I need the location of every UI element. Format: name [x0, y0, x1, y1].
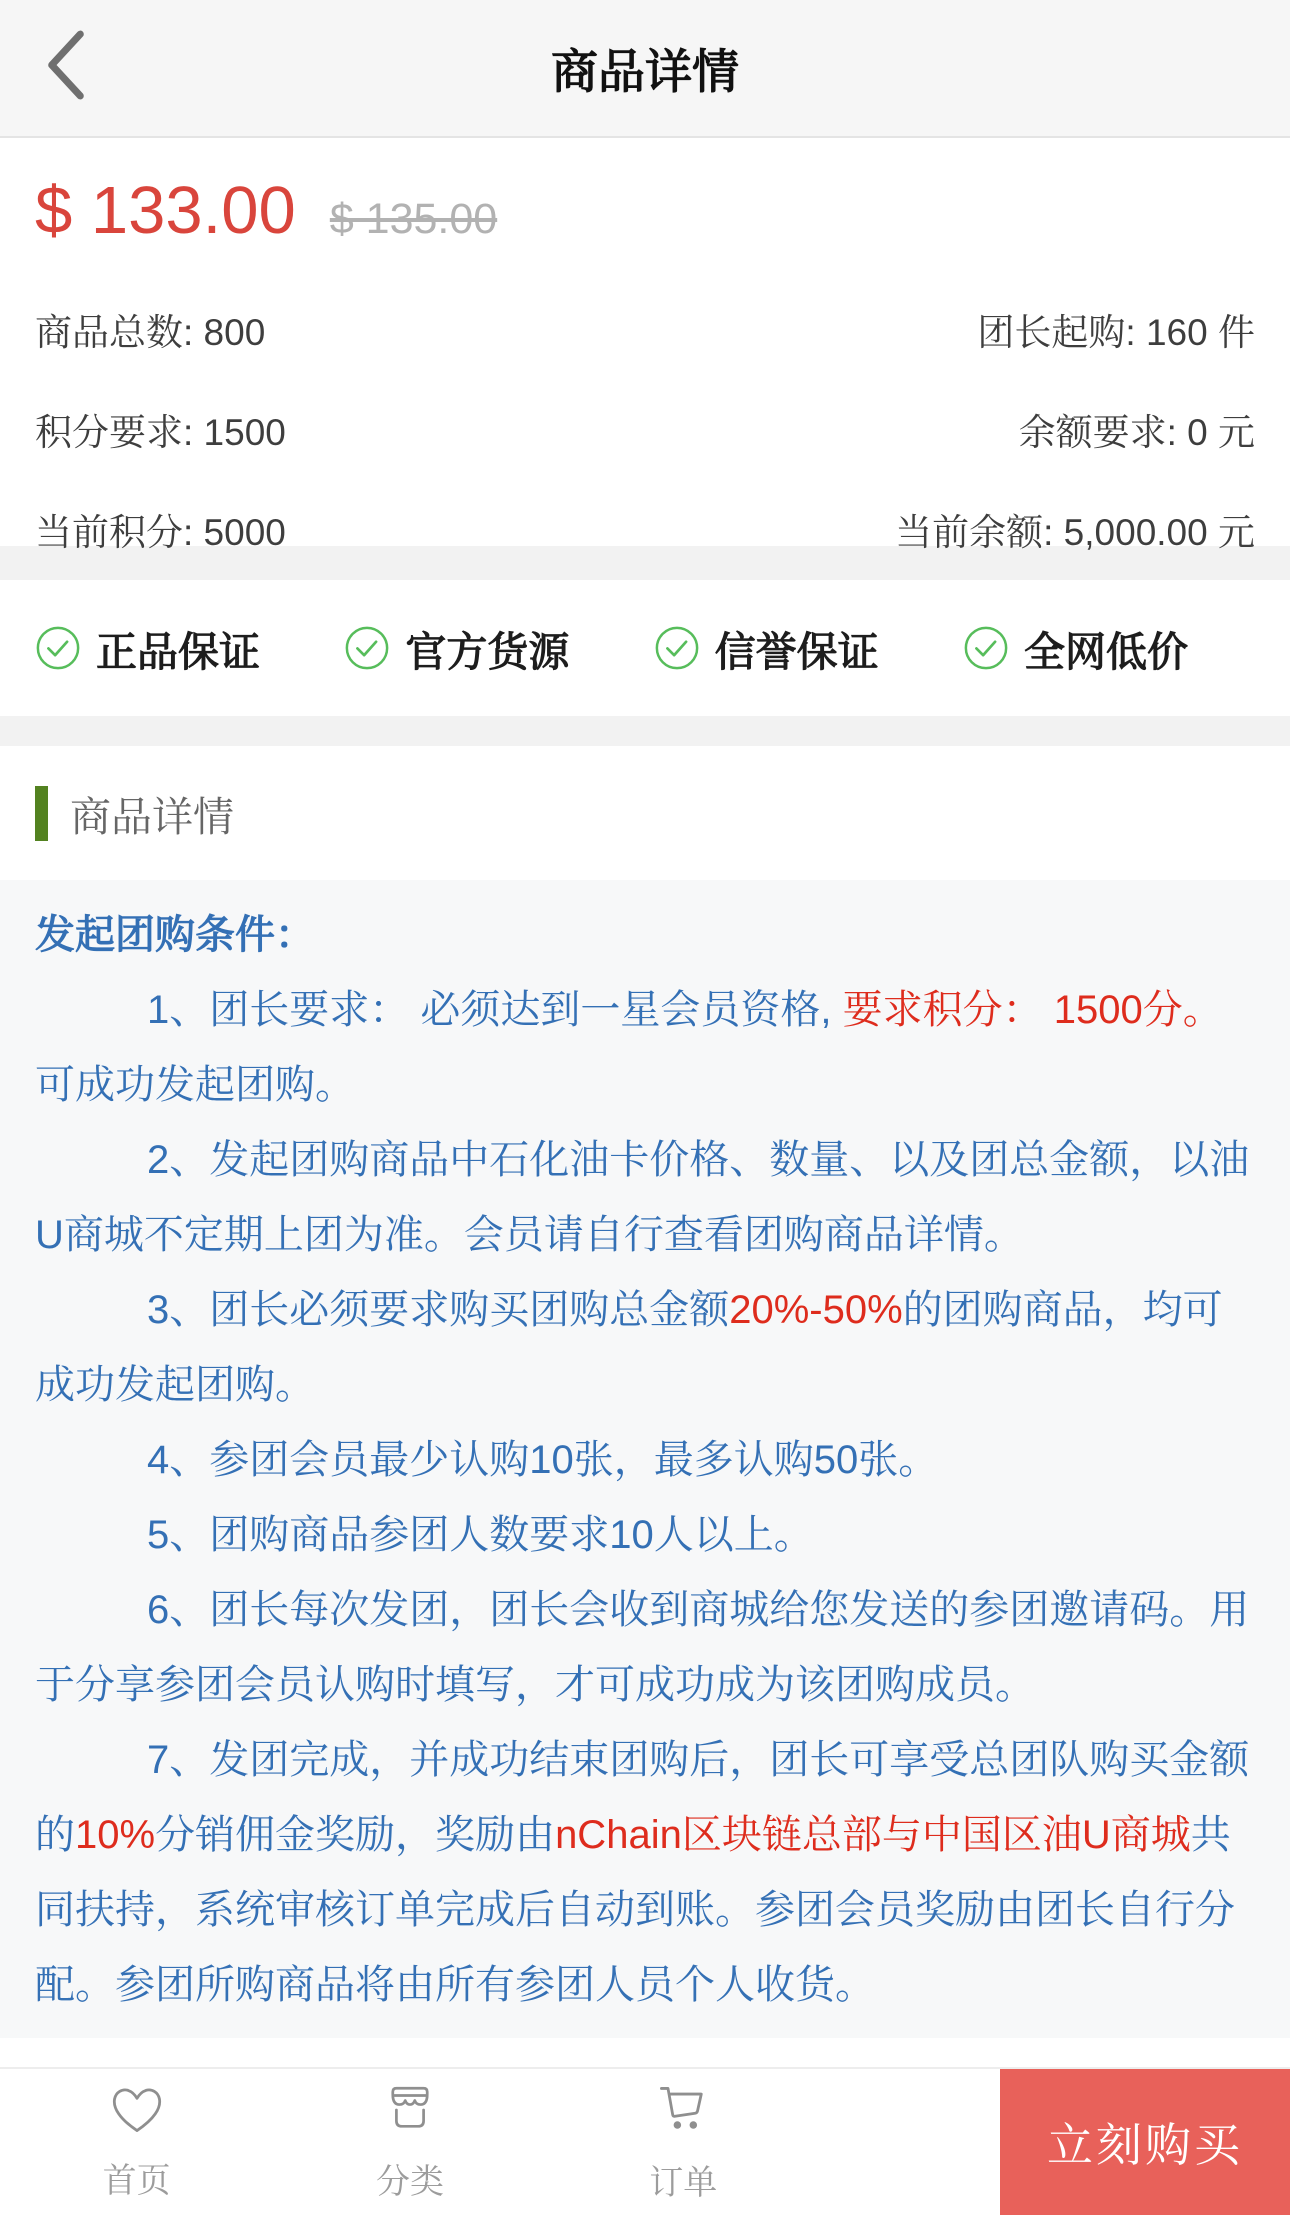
nav-item-home[interactable]: 首页 — [0, 2069, 273, 2215]
badge-reputation: 信誉保证 — [654, 619, 879, 678]
goods-info-panel: $ 133.00 $ 135.00 商品总数: 800 团长起购: 160 件 … — [0, 138, 1290, 546]
terms-paragraph-1: 1、团长要求： 必须达到一星会员资格, 要求积分： 1500分。可成功发起团购。 — [35, 973, 1255, 1123]
text-segment: 可成功发起团购。 — [35, 1063, 355, 1107]
nav-label: 分类 — [376, 2154, 444, 2203]
text-segment: 分销佣金奖励，奖励由 — [155, 1813, 555, 1857]
badge-label: 全网低价 — [1024, 619, 1188, 678]
stat-leader-min-purchase: 团长起购: 160 件 — [977, 302, 1255, 356]
text-segment-highlight: nChain区块链总部与中国区油U商城 — [555, 1813, 1191, 1857]
check-circle-icon — [35, 625, 81, 671]
chevron-left-icon — [42, 27, 90, 106]
check-circle-icon — [344, 625, 390, 671]
group-buy-terms: 发起团购条件： 1、团长要求： 必须达到一星会员资格, 要求积分： 1500分。… — [0, 880, 1290, 2038]
check-circle-icon — [963, 625, 1009, 671]
check-circle-icon — [654, 625, 700, 671]
badge-official: 官方货源 — [344, 619, 569, 678]
original-price: $ 135.00 — [330, 195, 497, 244]
storefront-icon — [381, 2081, 439, 2142]
badge-label: 官方货源 — [405, 619, 569, 678]
terms-heading: 发起团购条件： — [35, 898, 1255, 973]
nav-gap — [820, 2069, 1000, 2215]
stats-row: 积分要求: 1500 余额要求: 0 元 — [35, 379, 1255, 479]
text-segment-highlight: 10% — [75, 1813, 155, 1857]
nav-item-categories[interactable]: 分类 — [273, 2069, 546, 2215]
badge-lowest-price: 全网低价 — [963, 619, 1188, 678]
nav-label: 订单 — [649, 2155, 717, 2204]
heart-icon — [107, 2082, 167, 2141]
section-title: 商品详情 — [70, 784, 234, 843]
stat-balance-required: 余额要求: 0 元 — [1019, 402, 1255, 456]
guarantee-badges: 正品保证 官方货源 信誉保证 全网低价 — [0, 580, 1290, 716]
badge-label: 信誉保证 — [715, 619, 879, 678]
text-segment: 5、团购商品参团人数要求10人以上。 — [147, 1513, 814, 1557]
bottom-nav: 首页 分类 订单 立刻购买 — [0, 2067, 1290, 2215]
terms-paragraph-2: 2、发起团购商品中石化油卡价格、数量、以及团总金额，以油U商城不定期上团为准。会… — [35, 1123, 1255, 1273]
nav-label: 首页 — [103, 2153, 171, 2202]
text-segment: 4、参团会员最少认购10张，最多认购50张。 — [147, 1438, 938, 1482]
terms-paragraph-7: 7、发团完成，并成功结束团购后，团长可享受总团队购买金额的10%分销佣金奖励，奖… — [35, 1723, 1255, 2023]
stat-points-required: 积分要求: 1500 — [35, 402, 286, 456]
badge-genuine: 正品保证 — [35, 619, 260, 678]
section-header: 商品详情 — [0, 746, 1290, 880]
bottom-spacer — [0, 2038, 1290, 2067]
terms-paragraph-4: 4、参团会员最少认购10张，最多认购50张。 — [35, 1423, 1255, 1498]
text-segment-highlight: 要求积分： 1500分。 — [843, 988, 1223, 1032]
terms-paragraph-5: 5、团购商品参团人数要求10人以上。 — [35, 1498, 1255, 1573]
text-segment: 2、发起团购商品中石化油卡价格、数量、以及团总金额，以油U商城不定期上团为准。会… — [35, 1138, 1249, 1257]
header: 商品详情 — [0, 0, 1290, 138]
text-segment: 1、团长要求： 必须达到一星会员资格, — [147, 988, 843, 1032]
terms-paragraph-3: 3、团长必须要求购买团购总金额20%-50%的团购商品，均可成功发起团购。 — [35, 1273, 1255, 1423]
nav-item-orders[interactable]: 订单 — [547, 2069, 820, 2215]
terms-paragraph-6: 6、团长每次发团，团长会收到商城给您发送的参团邀请码。用于分享参团会员认购时填写… — [35, 1573, 1255, 1723]
section-accent-bar — [35, 786, 48, 841]
stat-current-balance: 当前余额: 5,000.00 元 — [895, 502, 1255, 556]
badge-label: 正品保证 — [96, 619, 260, 678]
price-row: $ 133.00 $ 135.00 — [35, 172, 1255, 249]
cart-icon — [653, 2080, 713, 2143]
current-price: $ 133.00 — [35, 172, 296, 249]
page-title: 商品详情 — [551, 35, 739, 102]
stat-current-points: 当前积分: 5000 — [35, 502, 286, 556]
stat-total-goods: 商品总数: 800 — [35, 302, 265, 356]
stats-row: 商品总数: 800 团长起购: 160 件 — [35, 279, 1255, 379]
text-segment-highlight: 20%-50% — [729, 1288, 902, 1332]
divider-band — [0, 716, 1290, 746]
nav-items: 首页 分类 订单 — [0, 2069, 820, 2215]
back-button[interactable] — [36, 24, 96, 108]
text-segment: 3、团长必须要求购买团购总金额 — [147, 1288, 729, 1332]
text-segment: 6、团长每次发团，团长会收到商城给您发送的参团邀请码。用于分享参团会员认购时填写… — [35, 1588, 1249, 1707]
buy-now-button[interactable]: 立刻购买 — [1000, 2069, 1290, 2215]
